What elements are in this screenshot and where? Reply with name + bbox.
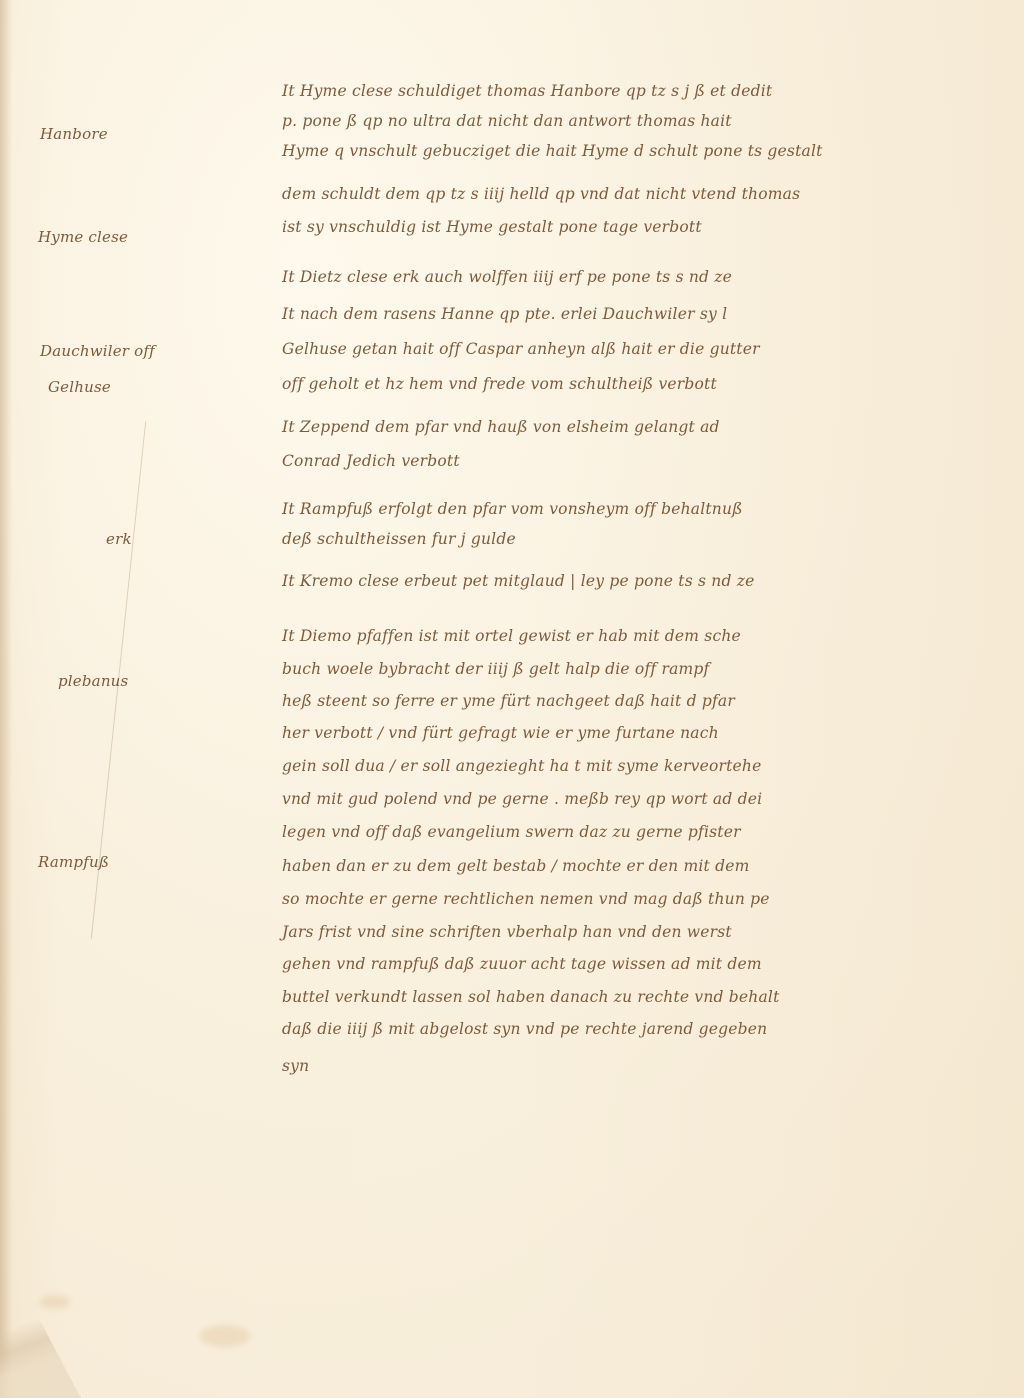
entry-first-line: It Dietz clese erk auch wolffen iiij erf… [282,268,732,286]
entry-line: dem schuldt dem qp tz s iiij helld qp vn… [282,185,800,203]
entry-line: Conrad Jedich verbott [282,452,460,470]
folded-corner [0,1268,81,1398]
entry-first-line: It nach dem rasens Hanne qp pte. erlei D… [282,305,727,323]
entry-first-line: It Diemo pfaffen ist mit ortel gewist er… [282,627,741,645]
entry-first-line: It Zeppend dem pfar vnd hauß von elsheim… [282,418,720,436]
entry-line: syn [282,1057,309,1075]
entry-line: Hyme q vnschult gebucziget die hait Hyme… [282,142,823,160]
entry-line: vnd mit gud polend vnd pe gerne . meßb r… [282,790,762,808]
margin-note: Gelhuse [48,378,111,396]
entry-line: heß steent so ferre er yme fürt nachgeet… [282,692,735,710]
entry-line: ist sy vnschuldig ist Hyme gestalt pone … [282,218,702,236]
entry-line: p. pone ß qp no ultra dat nicht dan antw… [282,112,732,130]
entry-line: haben dan er zu dem gelt bestab / mochte… [282,857,749,875]
page-edge-shadow [0,0,12,1398]
margin-note: Rampfuß [38,853,109,871]
paper-stain [40,1295,70,1309]
entry-line: buch woele bybracht der iiij ß gelt halp… [282,660,709,678]
manuscript-page: HanboreHyme cleseDauchwiler offGelhuseer… [0,0,1024,1398]
margin-note: Dauchwiler off [40,342,155,360]
margin-note: plebanus [58,672,128,690]
entry-line: legen vnd off daß evangelium swern daz z… [282,823,741,841]
entry-line: gein soll dua / er soll angezieght ha t … [282,757,761,775]
entry-line: gehen vnd rampfuß daß zuuor acht tage wi… [282,955,762,973]
margin-note: Hyme clese [38,228,128,246]
entry-line: so mochte er gerne rechtlichen nemen vnd… [282,890,770,908]
margin-note: erk [106,530,132,548]
entry-first-line: It Rampfuß erfolgt den pfar vom vonsheym… [282,500,743,518]
margin-note: Hanbore [40,125,108,143]
entry-line: Jars frist vnd sine schriften vberhalp h… [282,923,732,941]
entry-first-line: It Hyme clese schuldiget thomas Hanbore … [282,82,772,100]
entry-line: daß die iiij ß mit abgelost syn vnd pe r… [282,1020,767,1038]
paper-stain [200,1325,250,1347]
entry-line: Gelhuse getan hait off Caspar anheyn alß… [282,340,760,358]
entry-line: off geholt et hz hem vnd frede vom schul… [282,375,717,393]
entry-line: buttel verkundt lassen sol haben danach … [282,988,780,1006]
entry-first-line: It Kremo clese erbeut pet mitglaud | ley… [282,572,754,590]
entry-line: deß schultheissen fur j gulde [282,530,516,548]
entry-line: her verbott / vnd fürt gefragt wie er ym… [282,724,719,742]
